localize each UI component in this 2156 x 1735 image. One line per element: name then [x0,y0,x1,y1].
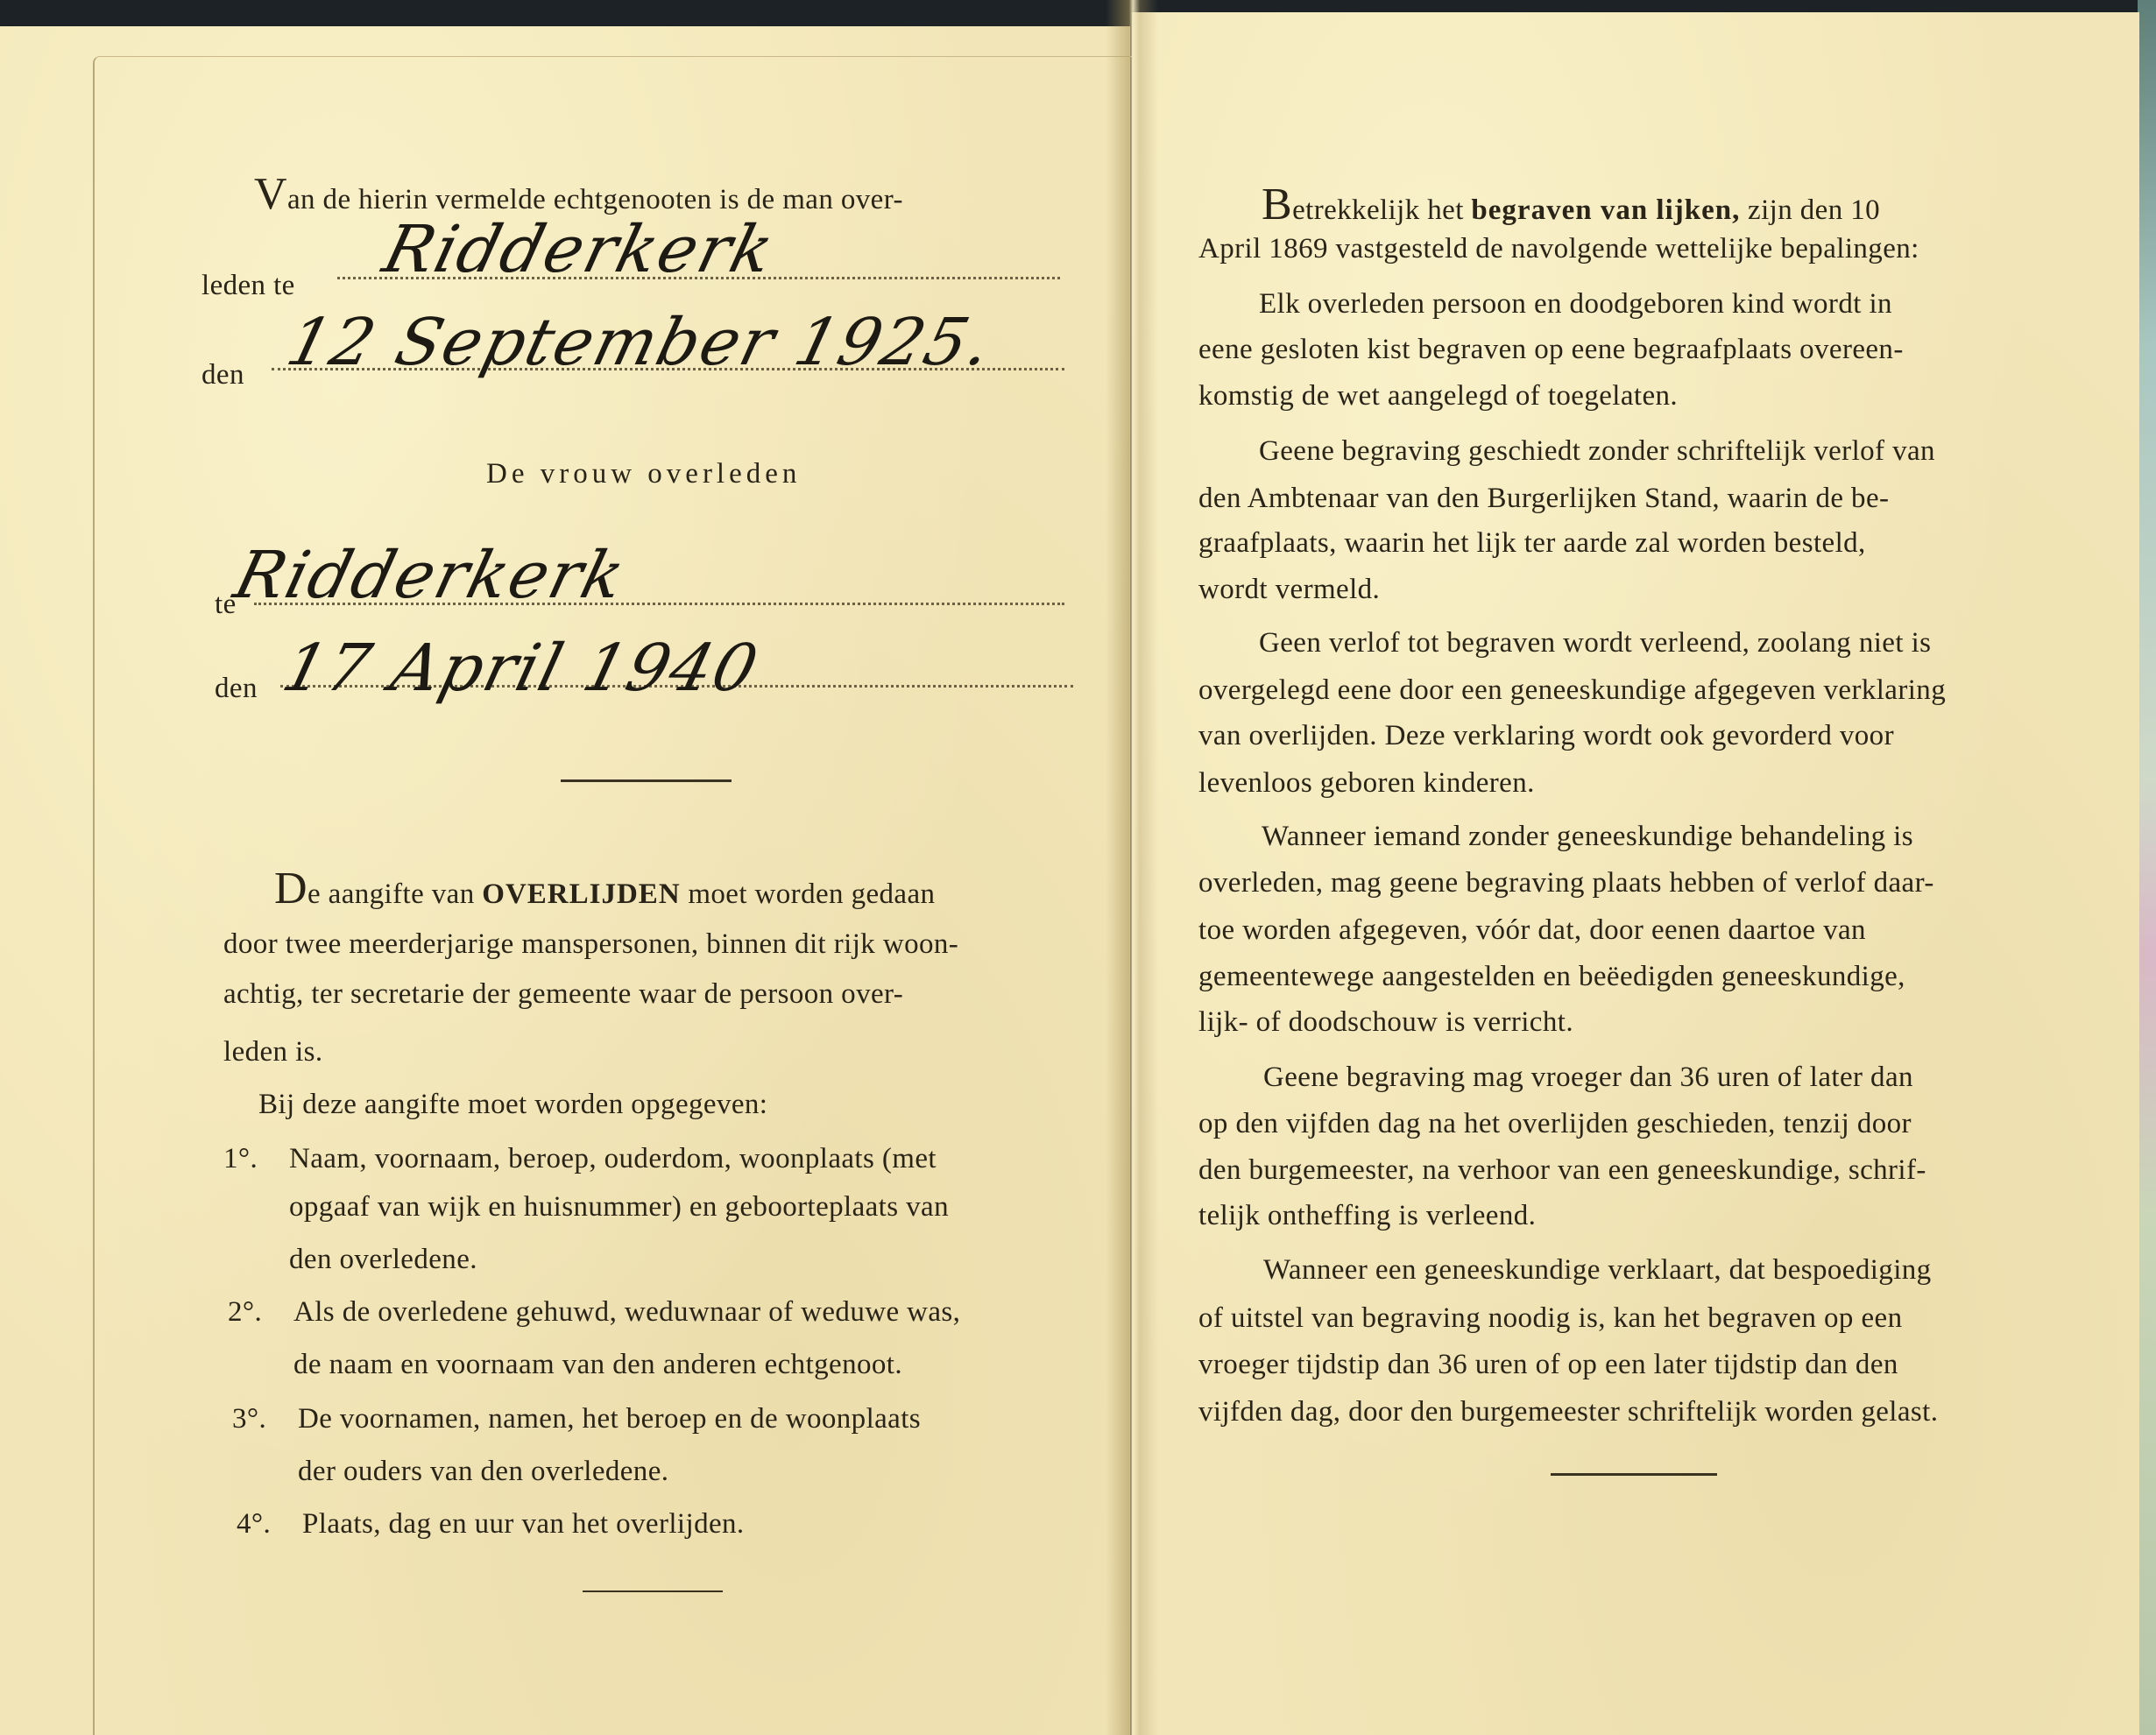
paragraph-4-line: gemeentewege aangestelden en beëedigden … [1198,961,1905,993]
wife-date-handwritten: 17 April 1940 [275,631,767,706]
begraven-emphasis: begraven van lijken, [1471,194,1740,226]
paragraph-1-line: eene gesloten kist begraven op eene begr… [1198,334,1904,366]
list-item-3-number: 3°. [232,1403,266,1435]
notice-line-1: De aangifte van OVERLIJDEN moet worden g… [274,863,935,914]
paragraph-2-line: graafplaats, waarin het lijk ter aarde z… [1198,527,1866,560]
list-item-3-line: der ouders van den overledene. [298,1456,668,1488]
list-item-1-line: opgaaf van wijk en huisnummer) en geboor… [289,1191,949,1224]
wife-place-handwritten: Ridderkerk [227,538,633,613]
list-item-1-line: den overledene. [289,1244,477,1276]
paragraph-6-line: vijfden dag, door den burgemeester schri… [1198,1396,1938,1428]
list-item-2-line: de naam en voornaam van den anderen echt… [293,1349,902,1381]
right-page: Betrekkelijk het begraven van lijken, zi… [1132,12,2139,1735]
drop-cap: B [1262,180,1292,229]
paragraph-6-line: of uitstel van begraving noodig is, kan … [1198,1302,1902,1335]
husband-place-label: leden te [201,270,295,302]
end-divider [583,1590,723,1592]
drop-cap: D [274,864,307,913]
notice-line-3: achtig, ter secretarie der gemeente waar… [223,978,903,1011]
regulations-intro-line-2: April 1869 vastgesteld de navolgende wet… [1198,233,1919,265]
paragraph-2-line: wordt vermeld. [1198,574,1380,606]
husband-date-label: den [201,359,244,391]
husband-place-handwritten: Ridderkerk [376,212,782,287]
notice-text: moet worden gedaan [688,878,935,910]
intro-text: zijn den 10 [1748,194,1880,226]
notice-line-5: Bij deze aangifte moet worden opgegeven: [258,1089,767,1121]
paragraph-5-line: op den vijfden dag na het overlijden ges… [1198,1108,1912,1140]
paragraph-1-line: Elk overleden persoon en doodgeboren kin… [1259,288,1892,321]
intro-text: an de hierin vermelde echtgenooten is de… [287,184,903,215]
paragraph-1-line: komstig de wet aangelegd of toegelaten. [1198,380,1678,413]
drop-cap: V [254,169,287,219]
overlijden-emphasis: OVERLIJDEN [482,878,680,910]
paragraph-4-line: toe worden afgegeven, vóór dat, door een… [1198,914,1866,947]
left-page: Van de hierin vermelde echtgenooten is d… [0,26,1130,1735]
paragraph-3-line: van overlijden. Deze verklaring wordt oo… [1198,720,1894,752]
paragraph-2-line: den Ambtenaar van den Burgerlijken Stand… [1198,483,1889,515]
paragraph-4-line: overleden, mag geene begraving plaats he… [1198,867,1934,899]
book-spine-gutter [1106,0,1158,1735]
paragraph-6-line: vroeger tijdstip dan 36 uren of op een l… [1198,1349,1898,1381]
list-item-3-line: De voornamen, namen, het beroep en de wo… [298,1403,921,1435]
paragraph-4-line: Wanneer iemand zonder geneeskundige beha… [1262,821,1913,853]
notice-line-2: door twee meerderjarige manspersonen, bi… [223,928,958,961]
list-item-1-line: Naam, voornaam, beroep, ouderdom, woonpl… [289,1143,937,1175]
wife-date-label: den [215,673,258,705]
intro-text: etrekkelijk het [1292,194,1464,226]
background-surface [2138,0,2156,1735]
notice-text: e aangifte van [307,878,475,910]
regulations-intro-line-1: Betrekkelijk het begraven van lijken, zi… [1262,179,1880,230]
paragraph-4-line: lijk- of doodschouw is verricht. [1198,1006,1573,1039]
list-item-4-number: 4°. [237,1508,271,1541]
paragraph-3-line: levenloos geboren kinderen. [1198,767,1535,800]
end-divider [1551,1473,1717,1476]
list-item-1-number: 1°. [223,1143,258,1175]
paragraph-5-line: telijk ontheffing is verleend. [1198,1200,1536,1232]
section-divider [561,779,732,782]
paragraph-5-line: den burgemeester, na verhoor van een gen… [1198,1154,1926,1187]
husband-date-handwritten: 12 September 1925. [279,305,1000,380]
list-item-2-number: 2°. [228,1296,262,1329]
paragraph-3-line: Geen verlof tot begraven wordt verleend,… [1259,627,1931,659]
wife-heading: De vrouw overleden [486,458,801,490]
paragraph-3-line: overgelegd eene door een geneeskundige a… [1198,674,1946,707]
paragraph-2-line: Geene begraving geschiedt zonder schrift… [1259,435,1935,468]
list-item-4-line: Plaats, dag en uur van het overlijden. [302,1508,745,1541]
list-item-2-line: Als de overledene gehuwd, weduwnaar of w… [293,1296,960,1329]
paragraph-5-line: Geene begraving mag vroeger dan 36 uren … [1263,1061,1913,1094]
notice-line-4: leden is. [223,1036,323,1069]
paragraph-6-line: Wanneer een geneeskundige verklaart, dat… [1263,1254,1932,1287]
